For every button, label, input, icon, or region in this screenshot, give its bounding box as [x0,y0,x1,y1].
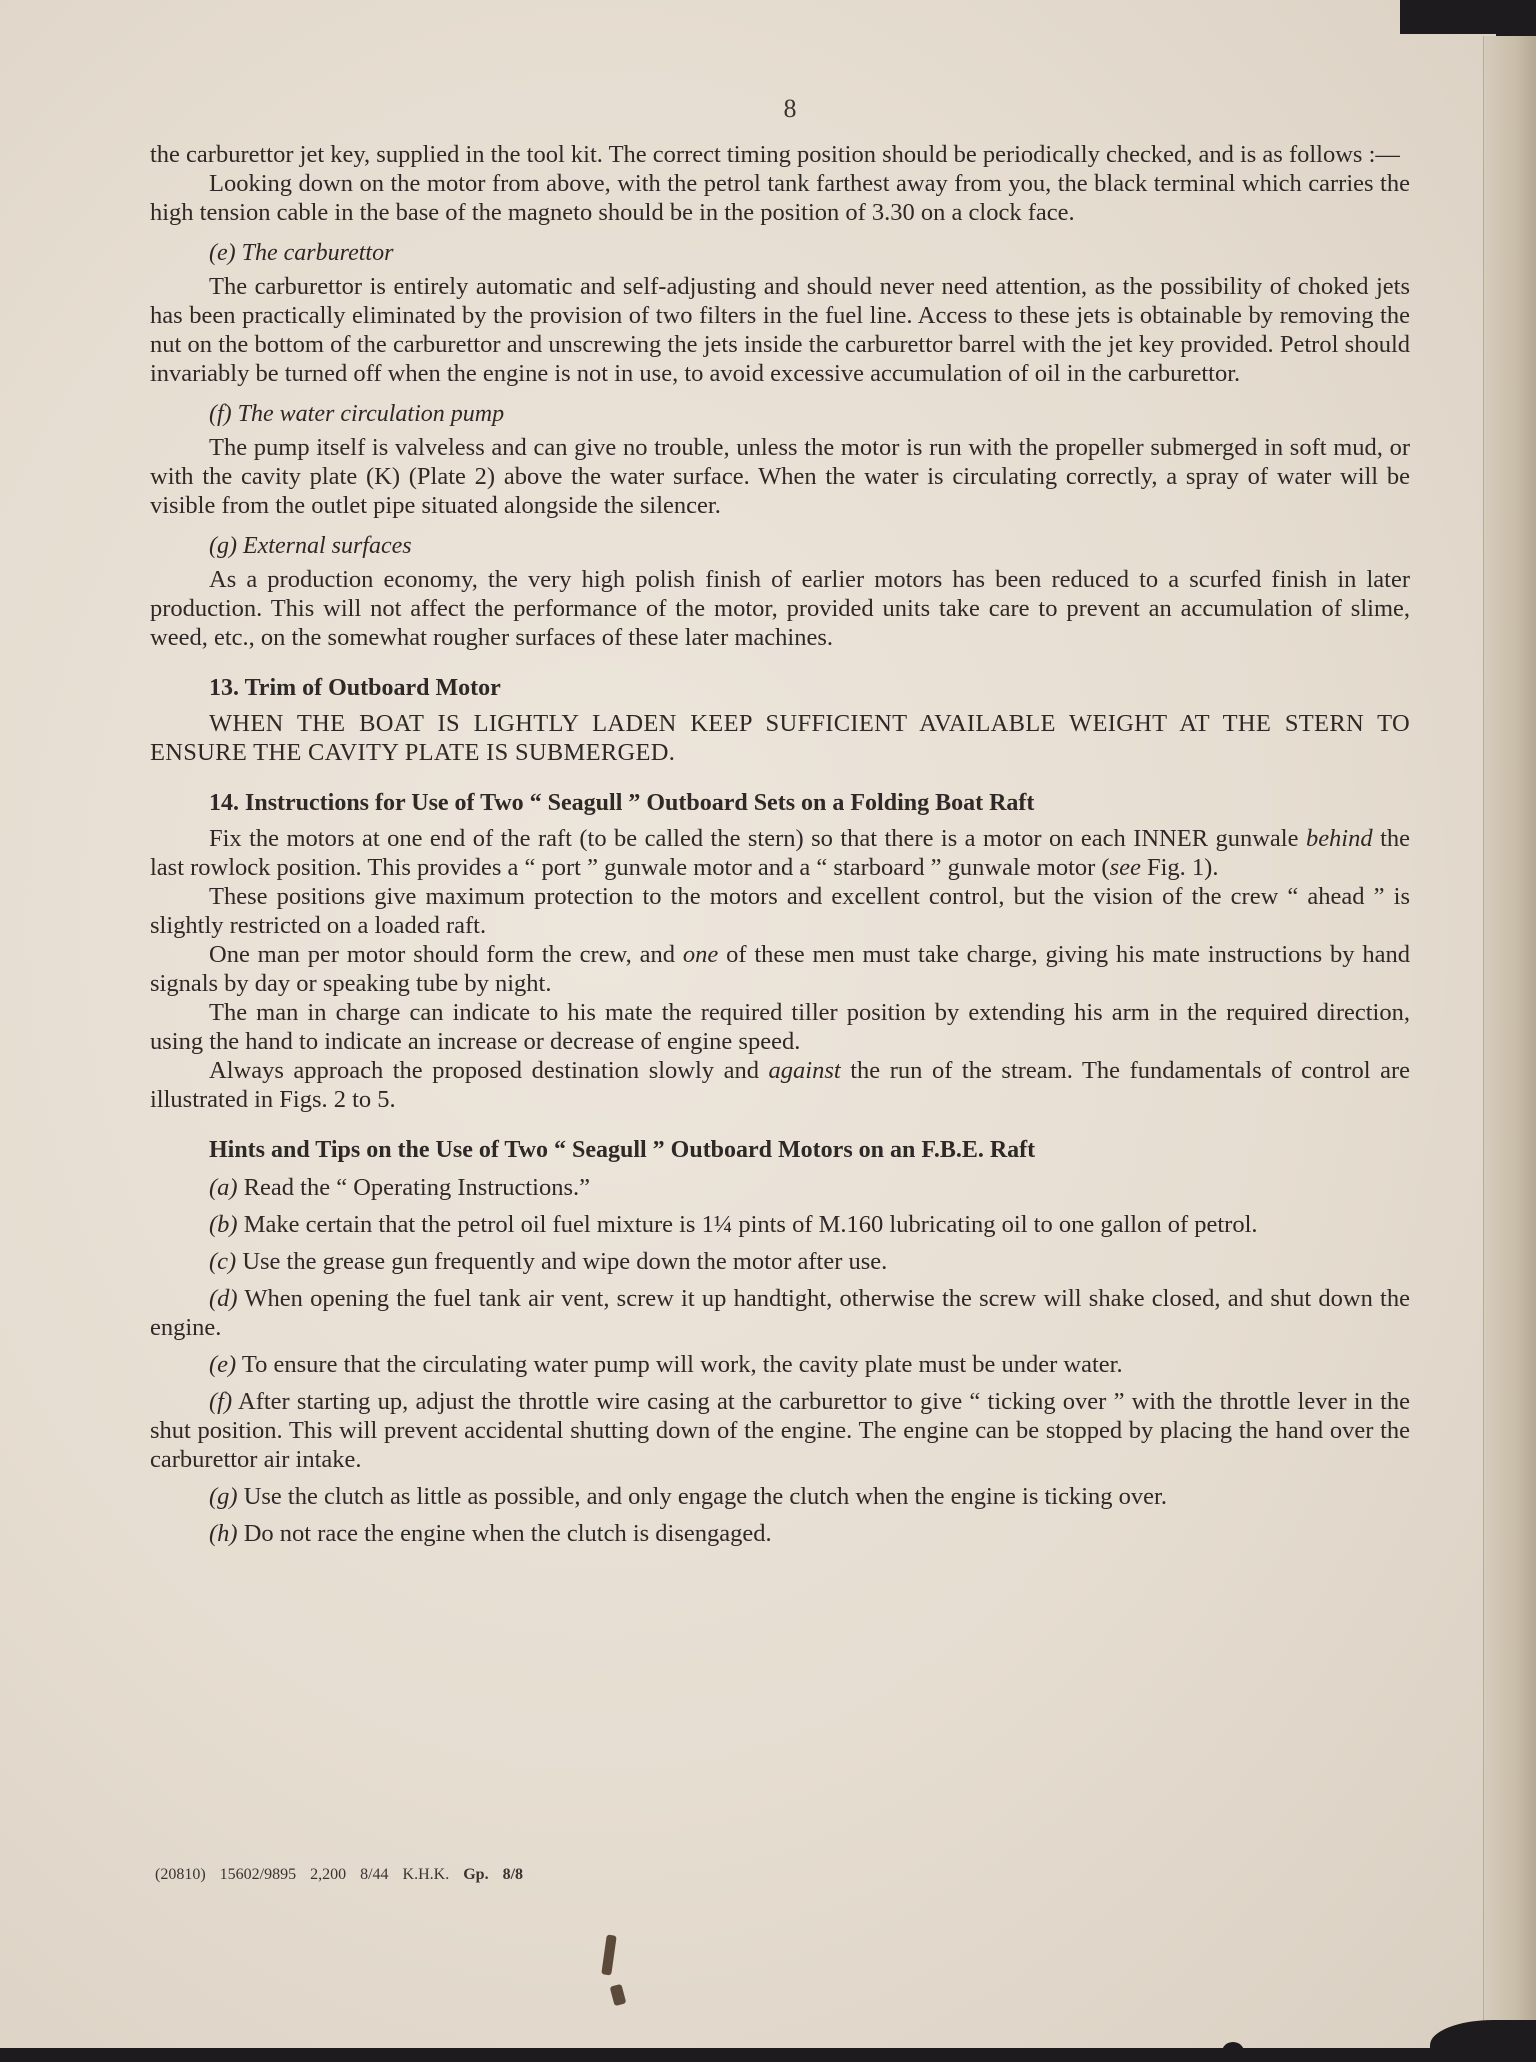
hints-list: (a) Read the “ Operating Instructions.” … [150,1173,1410,1548]
hint-item: (a) Read the “ Operating Instructions.” [150,1173,1410,1202]
subsection-body-water-pump: The pump itself is valveless and can giv… [150,433,1410,520]
subsection-body-external-surfaces: As a production economy, the very high p… [150,565,1410,652]
hint-item: (c) Use the grease gun frequently and wi… [150,1247,1410,1276]
subsection-body-carburettor: The carburettor is entirely automatic an… [150,272,1410,388]
subsection-heading-external-surfaces: (g) External surfaces [209,532,1410,561]
section-13-body: WHEN THE BOAT IS LIGHTLY LADEN KEEP SUFF… [150,709,1410,767]
section-14-paragraph-4: The man in charge can indicate to his ma… [150,998,1410,1056]
hint-item: (b) Make certain that the petrol oil fue… [150,1210,1410,1239]
section-13-heading: 13. Trim of Outboard Motor [209,674,1410,703]
subsection-heading-water-pump: (f) The water circulation pump [209,400,1410,429]
hint-item: (d) When opening the fuel tank air vent,… [150,1284,1410,1342]
subsection-heading-carburettor: (e) The carburettor [209,239,1410,268]
hints-heading: Hints and Tips on the Use of Two “ Seagu… [209,1136,1410,1165]
page-number: 8 [0,94,1536,124]
background-strip [1400,0,1536,34]
hint-item: (f) After starting up, adjust the thrott… [150,1387,1410,1474]
section-14-paragraph-1: Fix the motors at one end of the raft (t… [150,824,1410,882]
section-14-heading: 14. Instructions for Use of Two “ Seagul… [209,789,1410,818]
section-14-paragraph-3: One man per motor should form the crew, … [150,940,1410,998]
background-corner [1222,2042,1244,2062]
next-page-edge [1483,36,1536,2062]
page-body: the carburettor jet key, supplied in the… [150,140,1410,1548]
hint-item: (e) To ensure that the circulating water… [150,1350,1410,1379]
section-14-paragraph-2: These positions give maximum protection … [150,882,1410,940]
hint-item: (h) Do not race the engine when the clut… [150,1519,1410,1548]
print-code-footer: (20810) 15602/9895 2,200 8/44 K.H.K. Gp.… [155,1866,523,1884]
intro-paragraph-timing: Looking down on the motor from above, wi… [150,169,1410,227]
intro-paragraph-continued: the carburettor jet key, supplied in the… [150,140,1410,169]
hint-item: (g) Use the clutch as little as possible… [150,1482,1410,1511]
section-14-paragraph-5: Always approach the proposed destination… [150,1056,1410,1114]
